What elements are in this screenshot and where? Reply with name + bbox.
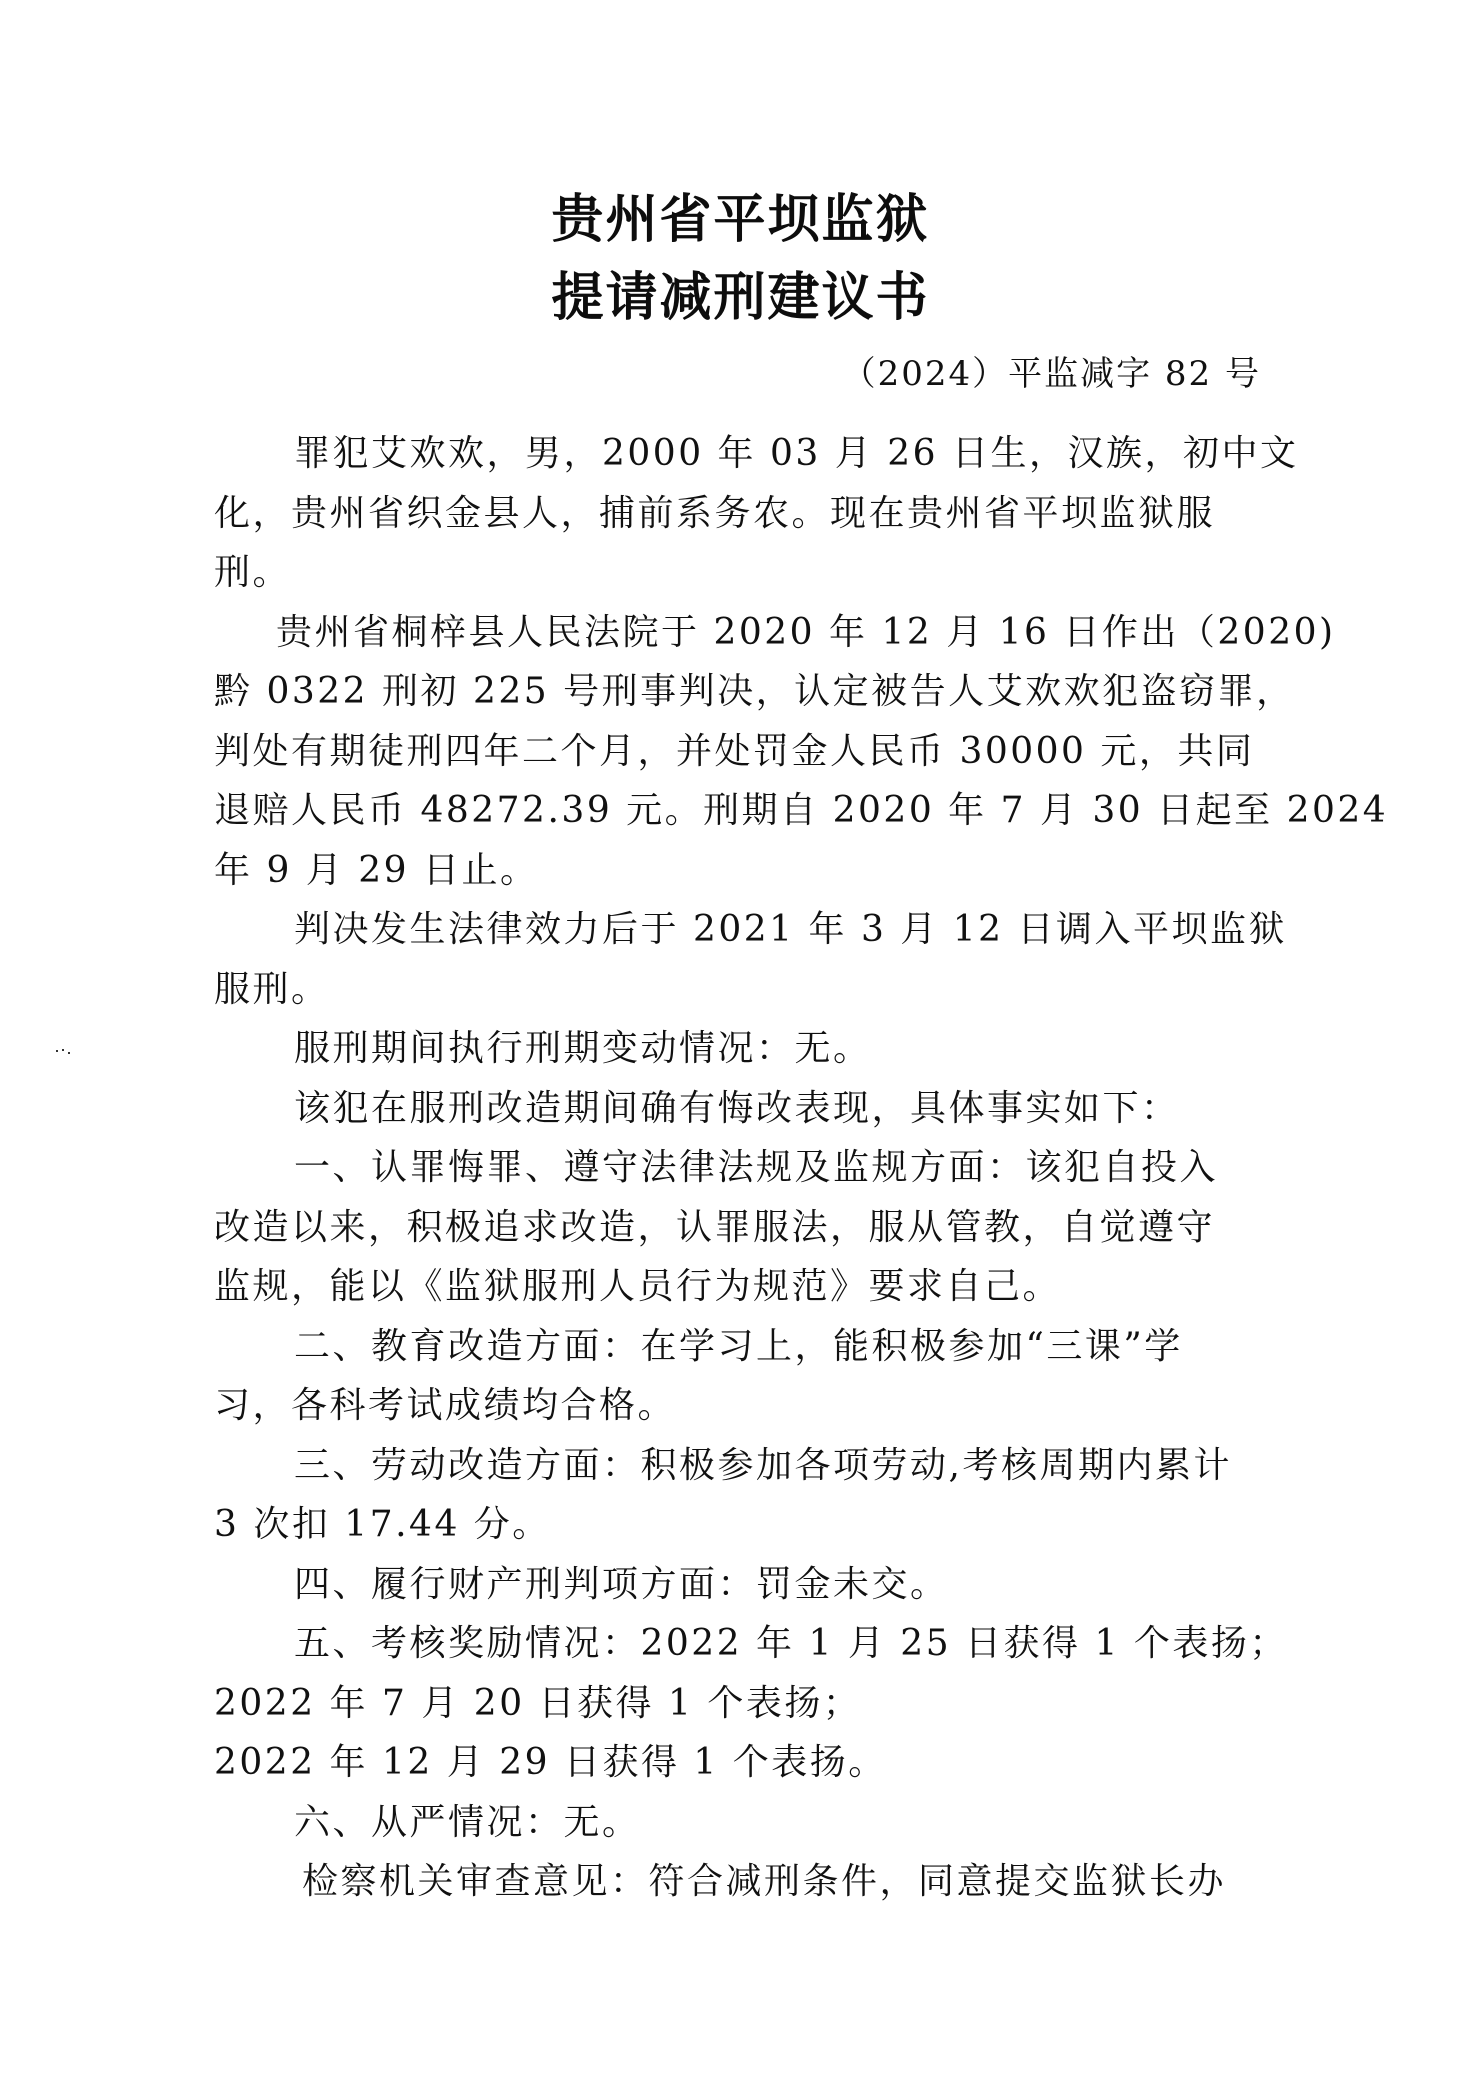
document-title-type: 提请减刑建议书: [0, 268, 1481, 328]
paragraph-line: 2022 年 7 月 20 日获得 1 个表扬；: [214, 1674, 1264, 1734]
paragraph-line: 化，贵州省织金县人，捕前系务农。现在贵州省平坝监狱服: [214, 484, 1264, 544]
paragraph-line: 3 次扣 17.44 分。: [214, 1495, 1264, 1555]
paragraph-line: 习，各科考试成绩均合格。: [214, 1376, 1264, 1436]
paragraph-line: 二、教育改造方面：在学习上，能积极参加“三课”学: [214, 1317, 1264, 1377]
paragraph-line: 四、履行财产刑判项方面：罚金未交。: [214, 1555, 1264, 1615]
paragraph-line: 三、劳动改造方面：积极参加各项劳动,考核周期内累计: [214, 1436, 1264, 1496]
scan-speck: [68, 1052, 70, 1054]
paragraph-line: 六、从严情况：无。: [214, 1793, 1264, 1853]
paragraph-line: 判处有期徒刑四年二个月，并处罚金人民币 30000 元，共同: [214, 722, 1264, 782]
document-body: 罪犯艾欢欢，男，2000 年 03 月 26 日生，汉族，初中文 化，贵州省织金…: [214, 424, 1264, 1912]
document-title-institution: 贵州省平坝监狱: [0, 190, 1481, 250]
document-number: （2024）平监减字 82 号: [842, 352, 1261, 396]
paragraph-line: 该犯在服刑改造期间确有悔改表现，具体事实如下：: [214, 1079, 1264, 1139]
scan-speck: [56, 1050, 58, 1052]
paragraph-line: 2022 年 12 月 29 日获得 1 个表扬。: [214, 1733, 1264, 1793]
paragraph-line: 刑。: [214, 543, 1264, 603]
document-page: 贵州省平坝监狱 提请减刑建议书 （2024）平监减字 82 号 罪犯艾欢欢，男，…: [0, 0, 1481, 2087]
paragraph-line: 五、考核奖励情况：2022 年 1 月 25 日获得 1 个表扬；: [214, 1614, 1264, 1674]
paragraph-line: 贵州省桐梓县人民法院于 2020 年 12 月 16 日作出（2020): [214, 603, 1264, 663]
paragraph-line: 年 9 月 29 日止。: [214, 841, 1264, 901]
paragraph-line: 罪犯艾欢欢，男，2000 年 03 月 26 日生，汉族，初中文: [214, 424, 1264, 484]
paragraph-line: 服刑期间执行刑期变动情况：无。: [214, 1019, 1264, 1079]
paragraph-line: 一、认罪悔罪、遵守法律法规及监规方面：该犯自投入: [214, 1138, 1264, 1198]
scan-speck: [62, 1049, 64, 1051]
paragraph-line: 判决发生法律效力后于 2021 年 3 月 12 日调入平坝监狱: [214, 900, 1264, 960]
paragraph-line: 检察机关审查意见：符合减刑条件，同意提交监狱长办: [214, 1852, 1264, 1912]
paragraph-line: 改造以来，积极追求改造，认罪服法，服从管教，自觉遵守: [214, 1198, 1264, 1258]
paragraph-line: 服刑。: [214, 960, 1264, 1020]
paragraph-line: 监规，能以《监狱服刑人员行为规范》要求自己。: [214, 1257, 1264, 1317]
paragraph-line: 退赔人民币 48272.39 元。刑期自 2020 年 7 月 30 日起至 2…: [214, 781, 1264, 841]
paragraph-line: 黔 0322 刑初 225 号刑事判决，认定被告人艾欢欢犯盗窃罪，: [214, 662, 1264, 722]
